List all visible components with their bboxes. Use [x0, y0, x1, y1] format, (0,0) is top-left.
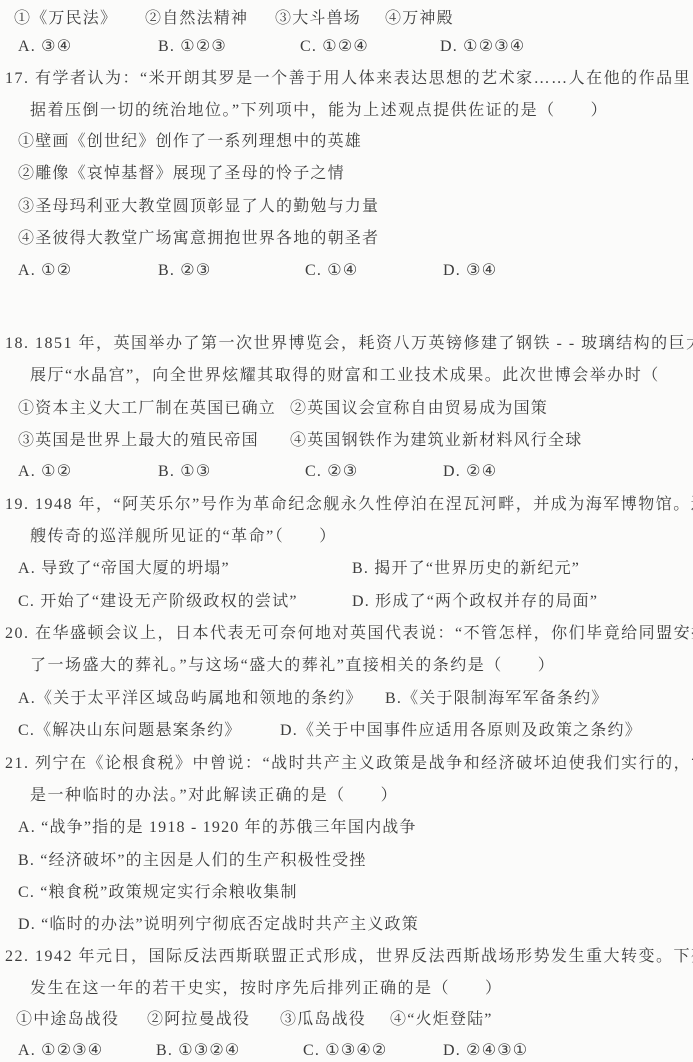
q20-stem-line-2: 了一场盛大的葬礼。”与这场“盛大的葬礼”直接相关的条约是（ ）: [30, 655, 555, 677]
q17-stem-line-1: 17. 有学者认为：“米开朗其罗是一个善于用人体来表达思想的艺术家……人在他的作…: [5, 68, 693, 90]
prev-question-answer-b: B. ①②③: [158, 36, 227, 58]
q17-option-2: ②雕像《哀悼基督》展现了圣母的怜子之情: [18, 163, 345, 185]
q17-answer-a: A. ①②: [18, 260, 72, 282]
prev-question-option-1: ①《万民法》: [14, 8, 117, 30]
q21-answer-c: C. “粮食税”政策规定实行余粮收集制: [18, 882, 298, 904]
prev-question-answer-a: A. ③④: [18, 36, 72, 58]
q21-answer-d: D. “临时的办法”说明列宁彻底否定战时共产主义政策: [18, 914, 419, 936]
q17-option-4: ④圣彼得大教堂广场寓意拥抱世界各地的朝圣者: [18, 228, 379, 250]
prev-question-option-3: ③大斗兽场: [275, 8, 361, 30]
q22-option-3: ③瓜岛战役: [280, 1009, 366, 1031]
q18-option-4: ④英国钢铁作为建筑业新材料风行全球: [290, 430, 582, 452]
q22-option-4: ④“火炬登陆”: [390, 1009, 493, 1031]
q17-answer-d: D. ③④: [443, 260, 497, 282]
q18-option-2: ②英国议会宣称自由贸易成为国策: [290, 398, 548, 420]
q22-answer-b: B. ①③②④: [156, 1040, 240, 1062]
q21-answer-b: B. “经济破坏”的主因是人们的生产积极性受挫: [18, 850, 366, 872]
prev-question-answer-d: D. ①②③④: [440, 36, 525, 58]
q18-option-1: ①资本主义大工厂制在英国已确立: [18, 398, 276, 420]
q18-stem-line-1: 18. 1851 年，英国举办了第一次世界博览会，耗资八万英镑修建了钢铁 - -…: [5, 333, 693, 355]
q20-answer-c: C.《解决山东问题悬案条约》: [18, 720, 241, 742]
q22-option-2: ②阿拉曼战役: [147, 1009, 250, 1031]
q19-answer-b: B. 揭开了“世界历史的新纪元”: [352, 558, 580, 580]
q21-answer-a: A. “战争”指的是 1918 - 1920 年的苏俄三年国内战争: [18, 817, 417, 839]
q19-answer-c: C. 开始了“建设无产阶级政权的尝试”: [18, 591, 298, 613]
q18-stem-line-2: 展厅“水晶宫”，向全世界炫耀其取得的财富和工业技术成果。此次世博会举办时（ ）: [30, 365, 693, 387]
prev-question-option-2: ②自然法精神: [145, 8, 248, 30]
q18-answer-b: B. ①③: [158, 461, 211, 483]
q19-stem-line-2: 艘传奇的巡洋舰所见证的“革命”（ ）: [30, 526, 337, 548]
q22-option-1: ①中途岛战役: [16, 1009, 119, 1031]
q17-option-3: ③圣母玛利亚大教堂圆顶彰显了人的勤勉与力量: [18, 196, 379, 218]
q20-answer-a: A.《关于太平洋区域岛屿属地和领地的条约》: [18, 688, 363, 710]
q22-stem-line-2: 发生在这一年的若干史实，按时序先后排列正确的是（ ）: [30, 978, 503, 1000]
q21-stem-line-1: 21. 列宁在《论根食税》中曾说：“战时共产主义政策是战争和经济破坏迫使我们实行…: [5, 753, 693, 775]
q19-answer-a: A. 导致了“帝国大厦的坍塌”: [18, 558, 230, 580]
q17-answer-b: B. ②③: [158, 260, 211, 282]
q22-answer-a: A. ①②③④: [18, 1040, 103, 1062]
q20-answer-d: D.《关于中国事件应适用各原则及政策之条约》: [280, 720, 642, 742]
q17-answer-c: C. ①④: [305, 260, 358, 282]
q22-stem-line-1: 22. 1942 年元日，国际反法西斯联盟正式形成，世界反法西斯战场形势发生重大…: [5, 946, 693, 968]
q17-stem-line-2: 据着压倒一切的统治地位。”下列项中，能为上述观点提供佐证的是（ ）: [30, 100, 608, 122]
q18-answer-c: C. ②③: [305, 461, 358, 483]
q21-stem-line-2: 是一种临时的办法。”对此解读正确的是（ ）: [30, 785, 398, 807]
q20-stem-line-1: 20. 在华盛顿会议上，日本代表无可奈何地对英国代表说：“不管怎样，你们毕竟给同…: [5, 623, 693, 645]
exam-page: ①《万民法》 ②自然法精神 ③大斗兽场 ④万神殿 A. ③④ B. ①②③ C.…: [0, 0, 693, 1062]
prev-question-answer-c: C. ①②④: [300, 36, 369, 58]
q18-answer-d: D. ②④: [443, 461, 497, 483]
q18-option-3: ③英国是世界上最大的殖民帝国: [18, 430, 259, 452]
q18-answer-a: A. ①②: [18, 461, 72, 483]
q22-answer-d: D. ②④③①: [443, 1040, 528, 1062]
q22-answer-c: C. ①③④②: [303, 1040, 387, 1062]
q19-stem-line-1: 19. 1948 年，“阿芙乐尔”号作为革命纪念舰永久性停泊在涅瓦河畔，并成为海…: [5, 494, 693, 516]
q20-answer-b: B.《关于限制海军军备条约》: [385, 688, 608, 710]
q17-option-1: ①壁画《创世纪》创作了一系列理想中的英雄: [18, 131, 362, 153]
q19-answer-d: D. 形成了“两个政权并存的局面”: [352, 591, 598, 613]
prev-question-option-4: ④万神殿: [385, 8, 454, 30]
